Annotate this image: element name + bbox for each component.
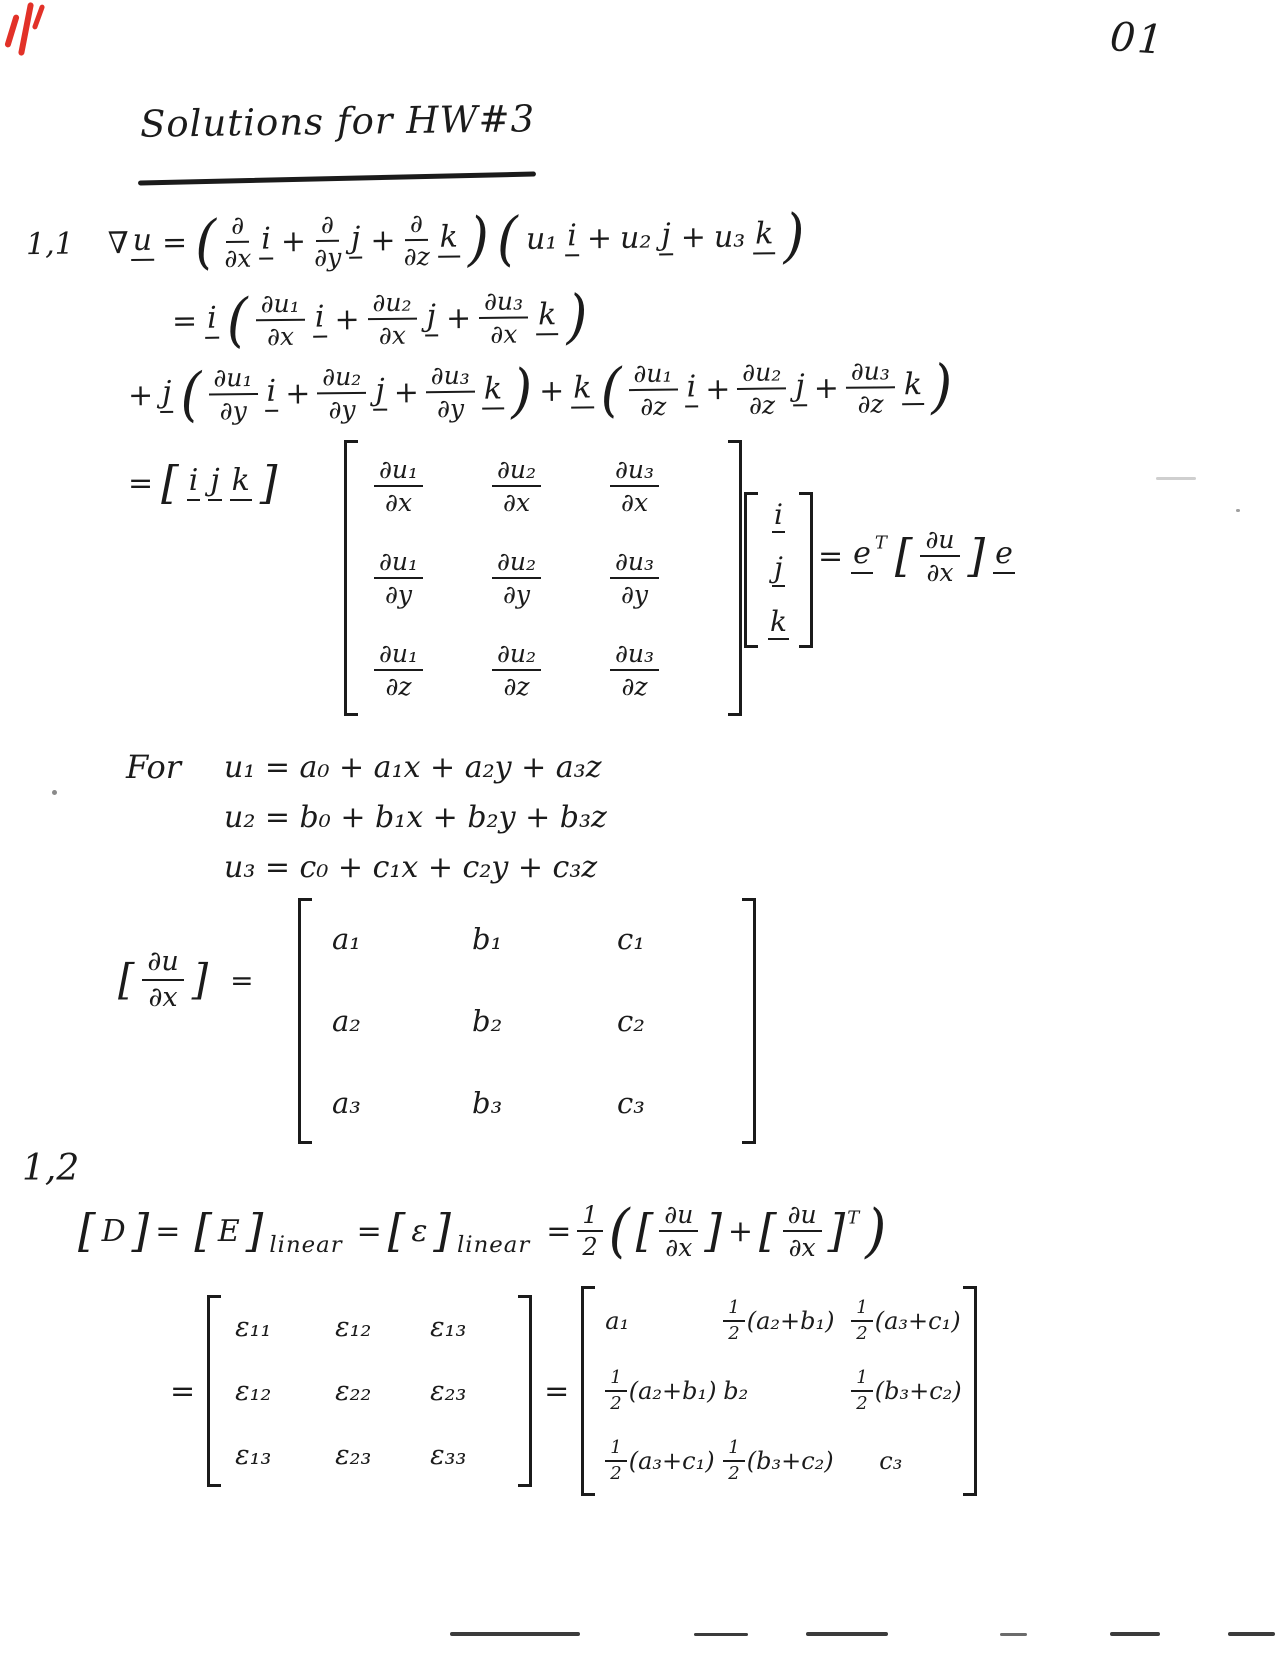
fraction-du2-dy: ∂u₂∂y (317, 362, 367, 424)
fraction-du-dx: ∂u∂x (659, 1201, 698, 1262)
jacobian-cell: ∂u₂∂x (492, 456, 541, 517)
plus-sign: + (446, 301, 472, 336)
equals-sign: = (544, 1374, 569, 1409)
matrix-cell: a₁ (332, 922, 361, 956)
equals-sign: = (357, 1214, 382, 1249)
basis-vector-j: j (160, 377, 174, 413)
matrix-cell: 12(a₃+c₁) (605, 1438, 714, 1484)
basis-vector-j: j (208, 465, 221, 501)
epsilon-matrix: ε₁₁ ε₁₂ ε₁₃ ε₁₂ ε₂₂ ε₂₃ ε₁₃ ε₂₃ ε₃₃ (207, 1295, 532, 1487)
matrix-cell: c₃ (851, 1447, 902, 1475)
nabla-symbol: ∇ (108, 226, 129, 261)
equals-sign: = (230, 964, 253, 997)
matrix-cell: 12(b₃+c₂) (851, 1368, 961, 1414)
fraction-du-dx: ∂u∂x (783, 1201, 822, 1262)
basis-vector-k: k (768, 607, 789, 640)
red-pen-mark (4, 14, 20, 48)
matrix-cell: b₁ (472, 922, 502, 956)
jacobian-cell: ∂u₁∂y (374, 548, 423, 609)
transpose-superscript: T (847, 1207, 859, 1228)
fraction-d-dx: ∂∂x (224, 211, 252, 272)
nabla-u: ∇u (108, 225, 155, 261)
basis-vector-j: j (425, 301, 439, 337)
fraction-du1-dz: ∂u₁∂z (628, 359, 678, 421)
open-bracket: [ (78, 1211, 96, 1252)
problem-label-1-2: 1,2 (22, 1148, 79, 1189)
row-vector-ijk: = [ i j k ] (128, 452, 277, 514)
matrix-cell: ε₃₃ (430, 1440, 466, 1471)
matrix-cell: 12(a₂+b₁) (723, 1298, 834, 1344)
displacement-definitions: u₁ = a₀ + a₁x + a₂y + a₃z u₂ = b₀ + b₁x … (224, 742, 607, 892)
u1-definition: u₁ = a₀ + a₁x + a₂y + a₃z (224, 742, 607, 792)
matrix-cell: b₃ (472, 1086, 502, 1120)
column-vector-ijk: i j k (744, 492, 813, 648)
red-pen-mark (18, 2, 34, 56)
scan-artifact-dash (694, 1633, 748, 1636)
plus-sign: + (281, 224, 307, 259)
plus-sign: + (728, 1214, 753, 1249)
matrix-cell: 12(a₂+b₁) (605, 1368, 716, 1414)
basis-vector-k: k (437, 222, 460, 258)
scan-artifact-dash (806, 1632, 888, 1636)
close-bracket: ] (192, 961, 208, 999)
close-bracket: ] (132, 1211, 150, 1252)
matrix-cell: ε₁₃ (430, 1312, 466, 1343)
fraction-du3-dy: ∂u₃∂y (426, 361, 476, 423)
fraction-du2-dx: ∂u₂∂x (367, 288, 417, 350)
equals-sign: = (155, 1214, 180, 1249)
scan-artifact-line (1156, 477, 1196, 480)
equals-sign: = (172, 303, 198, 338)
half-fraction: 12 (605, 1438, 626, 1484)
equation-1-1-line3: + j ( ∂u₁∂y i + ∂u₂∂y j + ∂u₃∂y k ) + k … (128, 350, 953, 433)
jacobian-matrix: ∂u₁∂x ∂u₂∂x ∂u₃∂x ∂u₁∂y ∂u₂∂y ∂u₃∂y ∂u₁∂… (344, 440, 742, 716)
matrix-cell: b₂ (723, 1377, 748, 1405)
close-paren: ) (783, 211, 805, 261)
basis-vector-k: k (571, 373, 594, 409)
plus-sign: + (370, 223, 396, 258)
matrix-cell: c₁ (617, 922, 645, 956)
jacobian-cell: ∂u₃∂x (610, 456, 659, 517)
basis-vector-k: k (230, 465, 252, 501)
scan-artifact-dot (1236, 509, 1240, 512)
matrix-cell: b₂ (472, 1004, 502, 1038)
close-paren: ) (865, 1206, 886, 1256)
open-paren: ( (609, 1206, 630, 1256)
basis-vector-i: i (264, 376, 278, 412)
scan-artifact-dot (52, 790, 57, 795)
basis-vector-i: i (772, 500, 785, 533)
equals-sign: = (818, 539, 843, 574)
fraction-du-dx: ∂u∂x (142, 947, 183, 1012)
matrix-cell: a₁ (605, 1307, 629, 1335)
vector-e: e (851, 538, 873, 574)
component-u1: u₁ (526, 221, 558, 256)
jacobian-cell: ∂u₂∂y (492, 548, 541, 609)
matrix-cell: ε₂₃ (335, 1440, 371, 1471)
jacobian-cell: ∂u₁∂x (374, 456, 423, 517)
strain-matrix-equation: = ε₁₁ ε₁₂ ε₁₃ ε₁₂ ε₂₂ ε₂₃ ε₁₃ ε₂₃ ε₃₃ = … (170, 1286, 977, 1496)
basis-vector-k: k (902, 369, 925, 405)
half-fraction: 12 (851, 1368, 872, 1414)
subscript-linear: linear (457, 1232, 530, 1258)
equation-1-1-line2: = i ( ∂u₁∂x i + ∂u₂∂x j + ∂u₃∂x k ) (172, 280, 588, 358)
basis-vector-i: i (205, 303, 219, 339)
plus-sign: + (334, 302, 360, 337)
matrix-cell: c₃ (617, 1086, 645, 1120)
scan-artifact-dash (1000, 1633, 1027, 1636)
fraction-du3-dz: ∂u₃∂z (846, 357, 896, 419)
matrix-bracket-right (728, 440, 742, 716)
matrix-cell: ε₁₂ (335, 1312, 371, 1343)
plus-sign: + (539, 373, 565, 408)
open-bracket: [ (388, 1211, 406, 1252)
matrix-bracket-right (963, 1286, 977, 1496)
open-bracket: [ (636, 1211, 654, 1252)
open-bracket: [ (161, 463, 179, 504)
equation-1-2-line1: [ D ] = [ E ] linear = [ ε ] linear = 12… (78, 1192, 886, 1270)
close-bracket: ] (828, 1211, 846, 1252)
bracket-transpose: ]T (828, 1211, 860, 1252)
dudx-lhs: [ ∂u∂x ] = (118, 928, 254, 1032)
open-paren: ( (497, 214, 519, 264)
equals-sign: = (170, 1374, 195, 1409)
subscript-linear: linear (269, 1232, 342, 1258)
red-pen-mark (32, 4, 46, 30)
fraction-one-half: 12 (577, 1202, 602, 1261)
matrix-bracket-left (744, 492, 758, 648)
basis-vector-j: j (659, 220, 673, 256)
page-number: 01 (1108, 14, 1166, 64)
jacobian-cell: ∂u₃∂y (610, 548, 659, 609)
tensor-D: D (102, 1214, 126, 1249)
basis-vector-k: k (536, 299, 559, 335)
close-bracket: ] (260, 463, 278, 504)
plus-sign: + (128, 378, 154, 413)
equals-sign: = (128, 466, 153, 501)
open-bracket: [ (759, 1211, 777, 1252)
open-bracket: [ (118, 961, 134, 999)
e-transpose: eT (851, 538, 887, 574)
jacobian-cell: ∂u₂∂z (492, 640, 541, 701)
basis-vector-j: j (793, 370, 807, 406)
page-title: Solutions for HW#3 (140, 97, 536, 146)
basis-vector-j: j (772, 553, 785, 586)
close-paren: ) (566, 292, 588, 342)
scan-artifact-dash (1228, 1632, 1275, 1636)
matrix-cell: ε₁₂ (235, 1376, 271, 1407)
fraction-d-dz: ∂∂z (403, 209, 430, 270)
matrix-cell: c₂ (617, 1004, 645, 1038)
equals-sign: = (546, 1214, 571, 1249)
title-underline (138, 171, 536, 185)
matrix-bracket-right (518, 1295, 532, 1487)
fraction-du1-dy: ∂u₁∂y (208, 363, 258, 425)
jacobian-cell: ∂u₃∂z (610, 640, 659, 701)
matrix-cell: ε₂₂ (335, 1376, 371, 1407)
jacobian-cell: ∂u₁∂z (374, 640, 423, 701)
matrix-cell: a₂ (332, 1004, 361, 1038)
close-paren: ) (931, 362, 953, 412)
equation-1-1-line1: 1,1 ∇u = ( ∂∂x i + ∂∂y j + ∂∂z k ) ( u₁ … (26, 194, 805, 286)
vector-e: e (993, 538, 1015, 574)
matrix-bracket-right (742, 898, 756, 1144)
close-bracket: ] (433, 1211, 451, 1252)
plus-sign: + (705, 372, 731, 407)
matrix-cell: 12(a₃+c₁) (851, 1298, 960, 1344)
close-bracket: ] (968, 536, 986, 577)
compact-form-eT-dudx-e: = eT [ ∂u∂x ] e (818, 514, 1015, 598)
half-fraction: 12 (723, 1438, 744, 1484)
basis-vector-j: j (349, 223, 363, 259)
problem-label-1-1: 1,1 (26, 226, 74, 261)
tensor-epsilon: ε (411, 1214, 427, 1249)
fraction-du2-dz: ∂u₂∂z (737, 358, 787, 420)
tensor-E: E (218, 1214, 240, 1249)
scan-artifact-dash (450, 1632, 580, 1636)
open-bracket: [ (194, 1211, 212, 1252)
plus-sign: + (587, 220, 613, 255)
matrix-cell: ε₂₃ (430, 1376, 466, 1407)
plus-sign: + (681, 219, 707, 254)
matrix-bracket-left (344, 440, 358, 716)
basis-vector-i: i (565, 221, 579, 257)
basis-vector-i: i (187, 465, 201, 501)
matrix-cell: a₃ (332, 1086, 361, 1120)
basis-vector-k: k (753, 218, 776, 254)
open-bracket: [ (895, 536, 913, 577)
plus-sign: + (285, 376, 311, 411)
fraction-d-dy: ∂∂y (314, 210, 342, 271)
scan-artifact-dash (1110, 1632, 1160, 1636)
transpose-superscript: T (875, 532, 887, 553)
open-paren: ( (600, 365, 622, 415)
basis-vector-k: k (482, 374, 505, 410)
fraction-du-dx: ∂u∂x (920, 526, 959, 587)
matrix-bracket-left (298, 898, 312, 1144)
scanned-homework-page: 01 Solutions for HW#3 1,1 ∇u = ( ∂∂x i +… (0, 0, 1280, 1658)
coefficient-matrix: a₁ b₁ c₁ a₂ b₂ c₂ a₃ b₃ c₃ (298, 898, 756, 1144)
component-u2: u₂ (620, 220, 652, 255)
open-paren: ( (226, 296, 248, 346)
basis-vector-i: i (313, 302, 327, 338)
result-matrix: a₁ 12(a₂+b₁) 12(a₃+c₁) 12(a₂+b₁) b₂ 12(b… (581, 1286, 977, 1496)
component-u3: u₃ (714, 219, 746, 254)
plus-sign: + (814, 370, 840, 405)
basis-vector-i: i (684, 372, 698, 408)
matrix-cell: 12(b₃+c₂) (723, 1438, 833, 1484)
u2-definition: u₂ = b₀ + b₁x + b₂y + b₃z (224, 792, 607, 842)
half-fraction: 12 (723, 1298, 744, 1344)
open-paren: ( (195, 217, 217, 267)
close-paren: ) (511, 366, 533, 416)
close-bracket: ] (246, 1211, 264, 1252)
basis-vector-j: j (373, 375, 387, 411)
matrix-bracket-right (799, 492, 813, 648)
matrix-bracket-left (581, 1286, 595, 1496)
fraction-du3-dx: ∂u₃∂x (479, 287, 529, 349)
half-fraction: 12 (851, 1298, 872, 1344)
matrix-cell: ε₁₁ (235, 1312, 271, 1343)
basis-vector-i: i (259, 224, 273, 260)
plus-sign: + (394, 375, 420, 410)
matrix-bracket-left (207, 1295, 221, 1487)
close-bracket: ] (704, 1211, 722, 1252)
close-paren: ) (468, 214, 490, 264)
fraction-du1-dx: ∂u₁∂x (256, 289, 306, 351)
u3-definition: u₃ = c₀ + c₁x + c₂y + c₃z (224, 842, 607, 892)
equals-sign: = (162, 225, 188, 260)
for-label: For (126, 748, 181, 786)
half-fraction: 12 (605, 1368, 626, 1414)
vector-u: u (131, 225, 155, 261)
matrix-cell: ε₁₃ (235, 1440, 271, 1471)
open-paren: ( (180, 370, 202, 420)
